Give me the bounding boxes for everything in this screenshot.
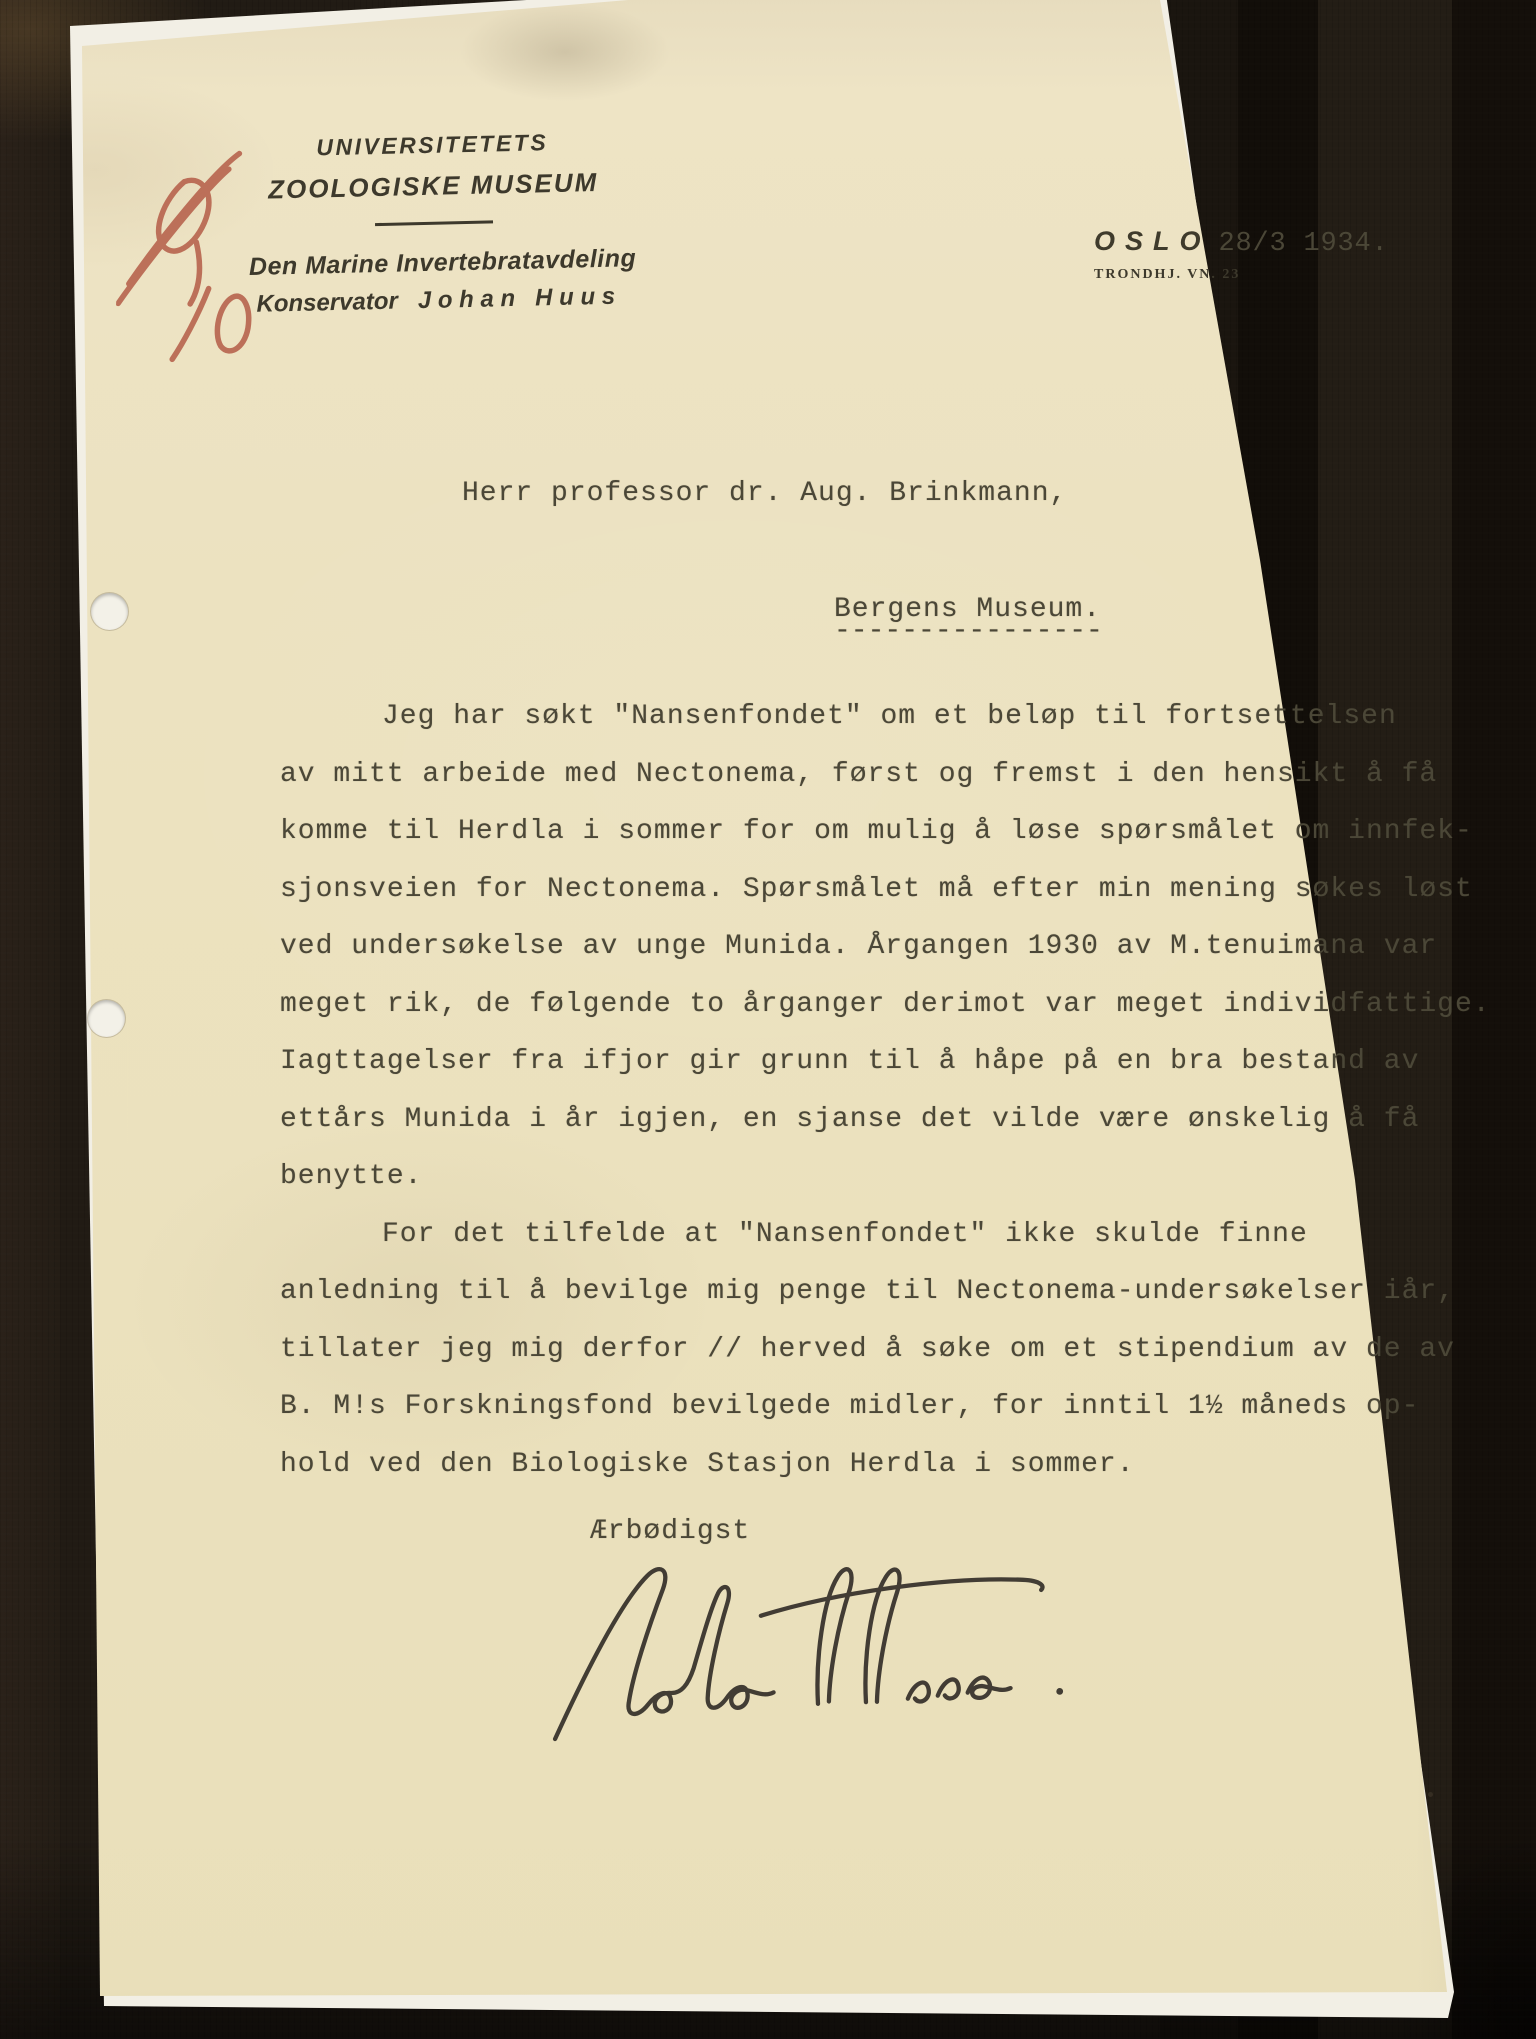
- letter-body-line: benytte.: [280, 1148, 1490, 1206]
- punch-hole-top: [91, 593, 128, 630]
- recipient-name: Herr professor dr. Aug. Brinkmann,: [462, 478, 1067, 509]
- letterhead-museum: ZOOLOGISKE MUSEUM: [247, 167, 620, 206]
- letterhead-divider: [375, 220, 493, 226]
- letter-body-line: Jeg har søkt "Nansenfondet" om et beløp …: [280, 688, 1490, 746]
- paper-speck: [1428, 1792, 1433, 1797]
- letter-body-line: meget rik, de følgende to årganger derim…: [280, 976, 1490, 1034]
- scanned-letter-scene: UNIVERSITETETS ZOOLOGISKE MUSEUM Den Mar…: [0, 0, 1536, 2039]
- letter-body-line: sjonsveien for Nectonema. Spørsmålet må …: [280, 861, 1490, 919]
- punch-hole-bottom: [88, 1000, 125, 1037]
- letter-body-line: anledning til å bevilge mig penge til Ne…: [280, 1263, 1490, 1321]
- valediction: Ærbødigst: [590, 1516, 750, 1547]
- letter-body-line: tillater jeg mig derfor // herved å søke…: [280, 1321, 1490, 1379]
- letter-body: Jeg har søkt "Nansenfondet" om et beløp …: [280, 688, 1490, 1493]
- letterhead: UNIVERSITETETS ZOOLOGISKE MUSEUM Den Mar…: [246, 128, 622, 319]
- dateline: OSLO28/3 1934. TRONDHJ. VN. 23: [1094, 226, 1434, 283]
- letter-body-line: av mitt arbeide med Nectonema, først og …: [280, 746, 1490, 804]
- signature-johan-huus: [519, 1542, 1105, 1752]
- letter-body-line: Iagttagelser fra ifjor gir grunn til å h…: [280, 1033, 1490, 1091]
- letter-body-line: For det tilfelde at "Nansenfondet" ikke …: [280, 1206, 1490, 1264]
- recipient-underline: ----------------: [834, 616, 1103, 647]
- letter-body-line: B. M!s Forskningsfond bevilgede midler, …: [280, 1378, 1490, 1436]
- letter-body-line: ettårs Munida i år igjen, en sjanse det …: [280, 1091, 1490, 1149]
- letter-body-line: komme til Herdla i sommer for om mulig å…: [280, 803, 1490, 861]
- letterhead-department: Den Marine Invertebratavdeling: [249, 245, 622, 282]
- letter-body-line: hold ved den Biologiske Stasjon Herdla i…: [280, 1436, 1490, 1494]
- dateline-address: TRONDHJ. VN. 23: [1094, 267, 1434, 283]
- dateline-city: OSLO: [1094, 226, 1211, 257]
- letter-body-line: ved undersøkelse av unge Munida. Årgange…: [280, 918, 1490, 976]
- dateline-date: 28/3 1934.: [1219, 229, 1389, 259]
